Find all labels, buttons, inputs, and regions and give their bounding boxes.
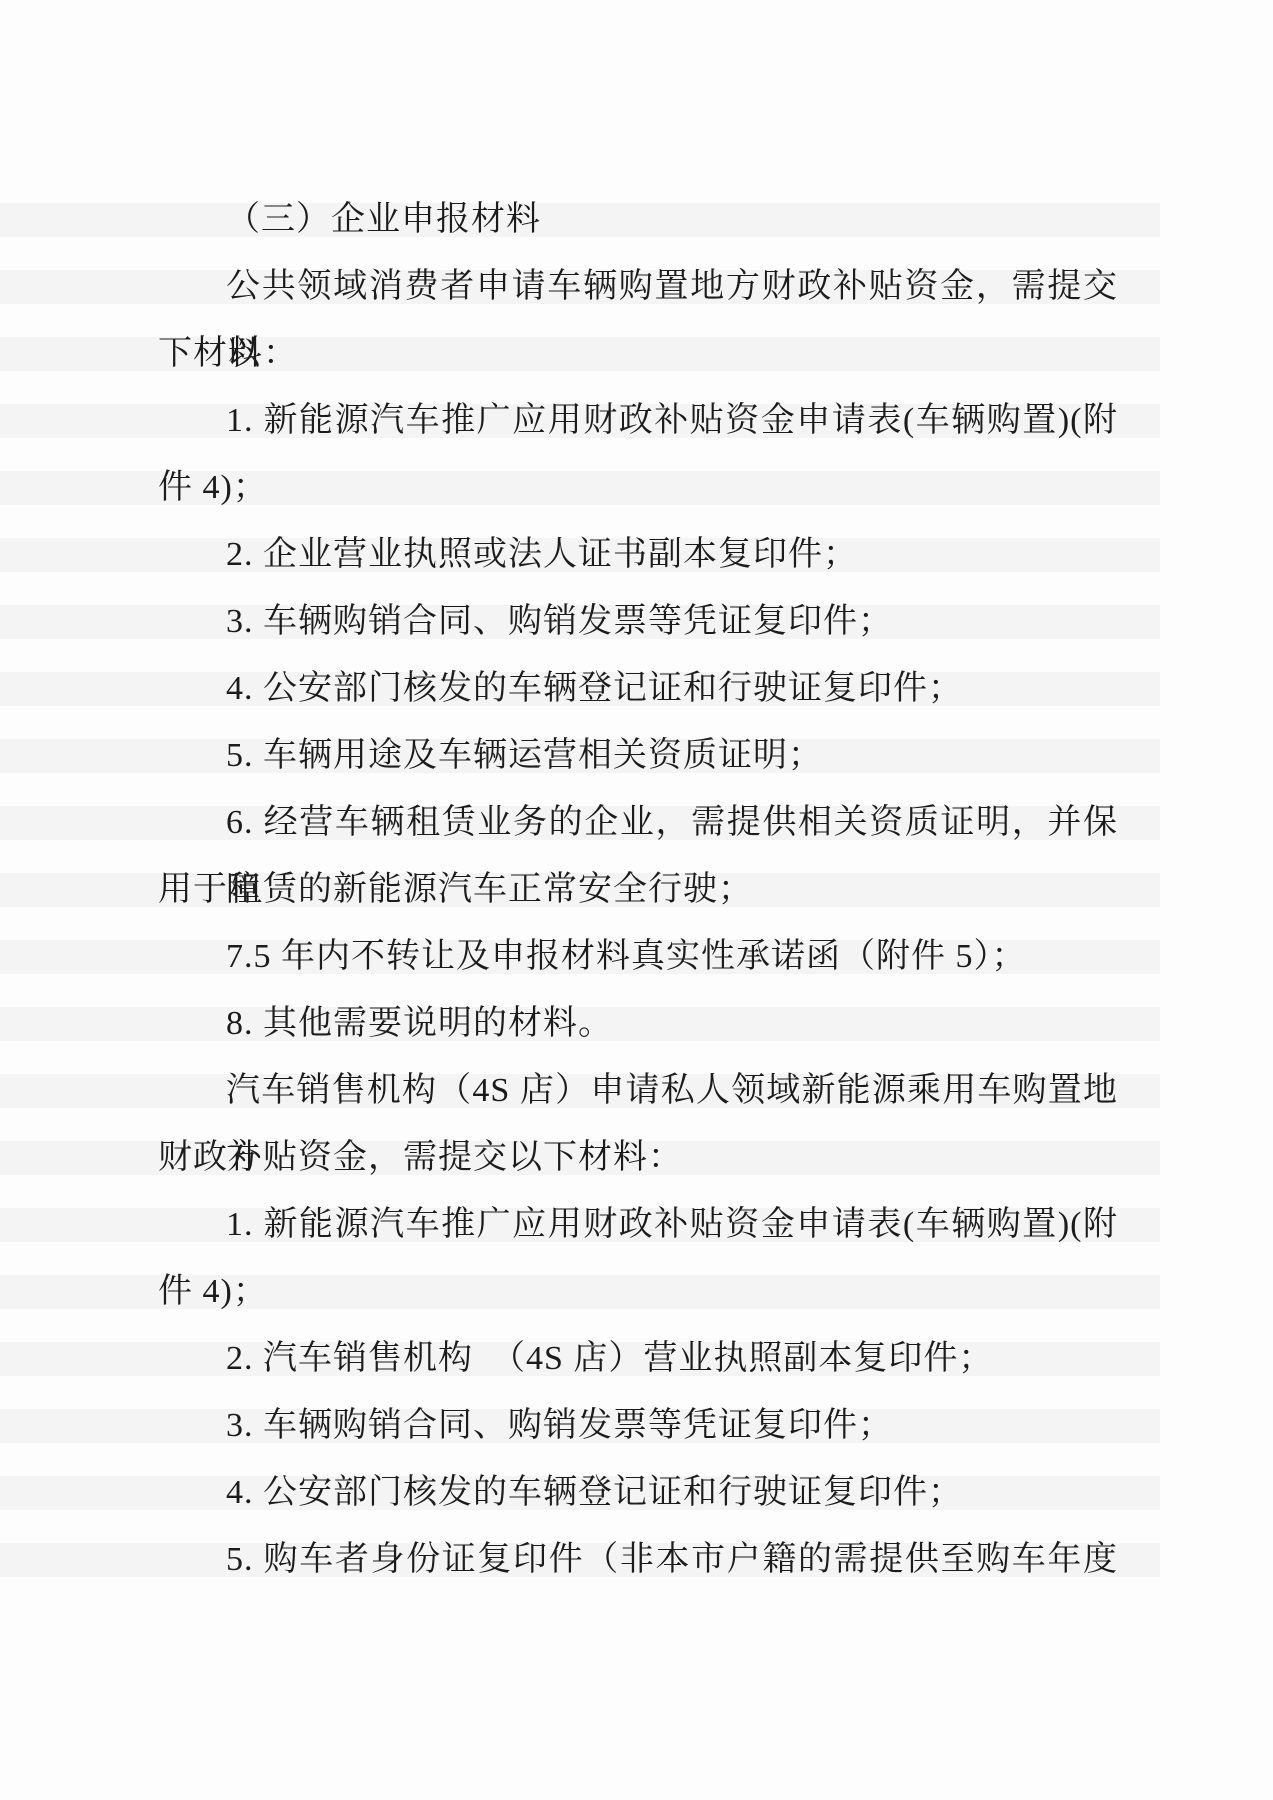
text-line: 3. 车辆购销合同、购销发票等凭证复印件；	[158, 588, 1118, 655]
text-line: 5. 车辆用途及车辆运营相关资质证明；	[158, 722, 1118, 789]
text-line: 4. 公安部门核发的车辆登记证和行驶证复印件；	[158, 1459, 1118, 1526]
text-line: 2. 企业营业执照或法人证书副本复印件；	[158, 521, 1118, 588]
text-line: 件 4)；	[158, 454, 1118, 521]
text-line: 7.5 年内不转让及申报材料真实性承诺函（附件 5）；	[158, 923, 1118, 990]
text-line: （三）企业申报材料	[158, 186, 1118, 253]
text-line: 1. 新能源汽车推广应用财政补贴资金申请表(车辆购置)(附	[158, 1191, 1118, 1258]
text-line: 5. 购车者身份证复印件（非本市户籍的需提供至购车年度	[158, 1526, 1118, 1593]
text-line: 公共领域消费者申请车辆购置地方财政补贴资金，需提交以	[158, 253, 1118, 320]
document-text-block: （三）企业申报材料公共领域消费者申请车辆购置地方财政补贴资金，需提交以下材料：1…	[158, 186, 1118, 1593]
text-line: 3. 车辆购销合同、购销发票等凭证复印件；	[158, 1392, 1118, 1459]
text-line: 1. 新能源汽车推广应用财政补贴资金申请表(车辆购置)(附	[158, 387, 1118, 454]
scanned-document-page: （三）企业申报材料公共领域消费者申请车辆购置地方财政补贴资金，需提交以下材料：1…	[0, 0, 1273, 1800]
text-line: 件 4)；	[158, 1258, 1118, 1325]
text-line: 用于租赁的新能源汽车正常安全行驶；	[158, 856, 1118, 923]
text-line: 下材料：	[158, 320, 1118, 387]
text-line: 2. 汽车销售机构 （4S 店）营业执照副本复印件；	[158, 1325, 1118, 1392]
text-line: 6. 经营车辆租赁业务的企业，需提供相关资质证明，并保障	[158, 789, 1118, 856]
text-line: 4. 公安部门核发的车辆登记证和行驶证复印件；	[158, 655, 1118, 722]
text-line: 汽车销售机构（4S 店）申请私人领域新能源乘用车购置地方	[158, 1057, 1118, 1124]
text-line: 财政补贴资金，需提交以下材料：	[158, 1124, 1118, 1191]
text-line: 8. 其他需要说明的材料。	[158, 990, 1118, 1057]
